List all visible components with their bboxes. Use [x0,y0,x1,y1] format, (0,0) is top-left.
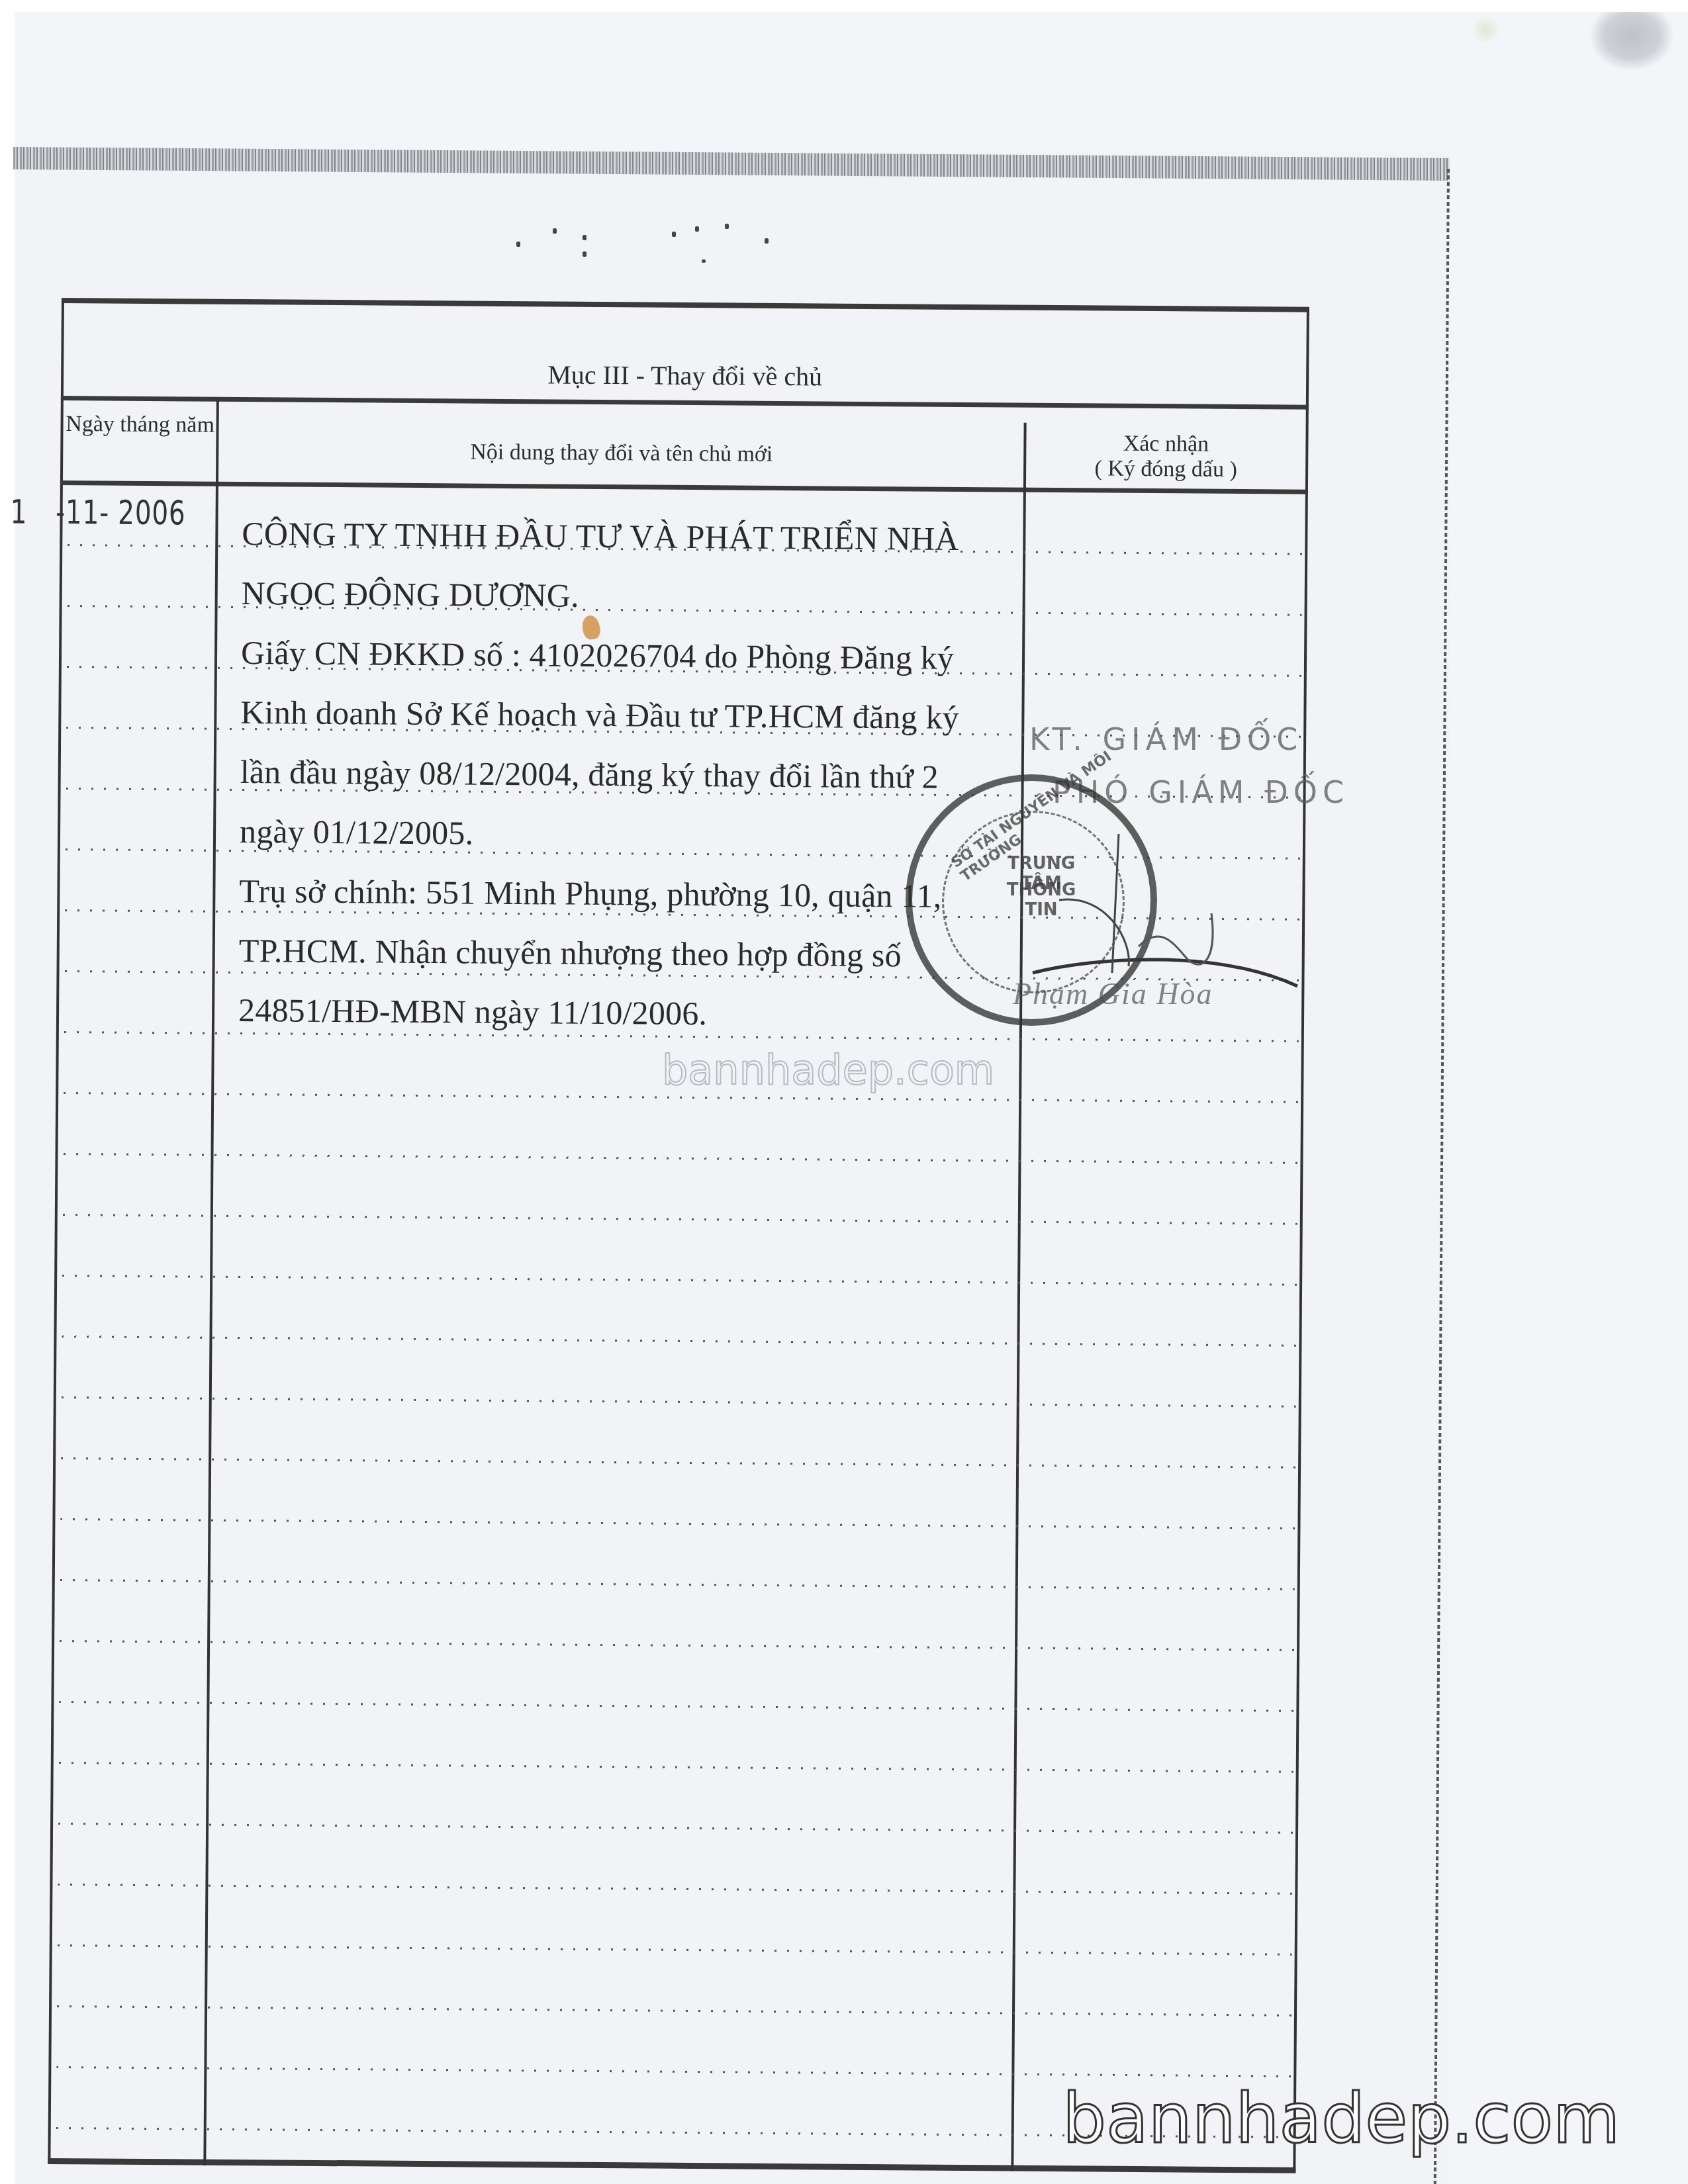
entry-line: Kinh doanh Sở Kế hoạch và Đầu tư TP.HCM … [240,693,959,737]
header-date: Ngày tháng năm [64,412,216,438]
entry-line: lần đầu ngày 08/12/2004, đăng ký thay đổ… [240,752,939,796]
watermark-bottom-right: bannhadep.com [1062,2078,1620,2159]
signer-name: Phạm Gia Hòa [1013,976,1213,1011]
toner-specks [503,212,808,265]
entry-line: NGỌC ĐÔNG DƯƠNG. [242,574,579,615]
corner-stain [1470,17,1503,43]
scan-left-margin [0,0,15,2184]
watermark-center: bannhadep.com [662,1046,994,1094]
section-title: Mục III - Thay đổi về chủ [61,324,1309,426]
entry-line: Trụ sở chính: 551 Minh Phụng, phường 10,… [239,872,942,915]
corner-smudge [1589,12,1675,71]
entry-line: TP.HCM. Nhận chuyển nhượng theo hợp đồng… [239,931,902,974]
entry-line: CÔNG TY TNHH ĐẦU TƯ VÀ PHÁT TRIỂN NHÀ [242,514,959,558]
entry-date: 1-11- 2006 [10,492,185,532]
ownership-change-table: Mục III - Thay đổi về chủ Ngày tháng năm… [48,298,1309,2173]
signatory-title-1: KT. GIÁM ĐỐC [1029,721,1303,757]
scan-top-margin [0,0,1688,12]
header-confirm: Xác nhận ( Ký đóng dấu ) [1027,431,1305,483]
entry-line: 24851/HĐ-MBN ngày 11/10/2006. [238,991,708,1032]
entry-line: Giấy CN ĐKKD số : 4102026704 do Phòng Đă… [241,633,954,677]
entry-line: ngày 01/12/2005. [240,812,474,852]
